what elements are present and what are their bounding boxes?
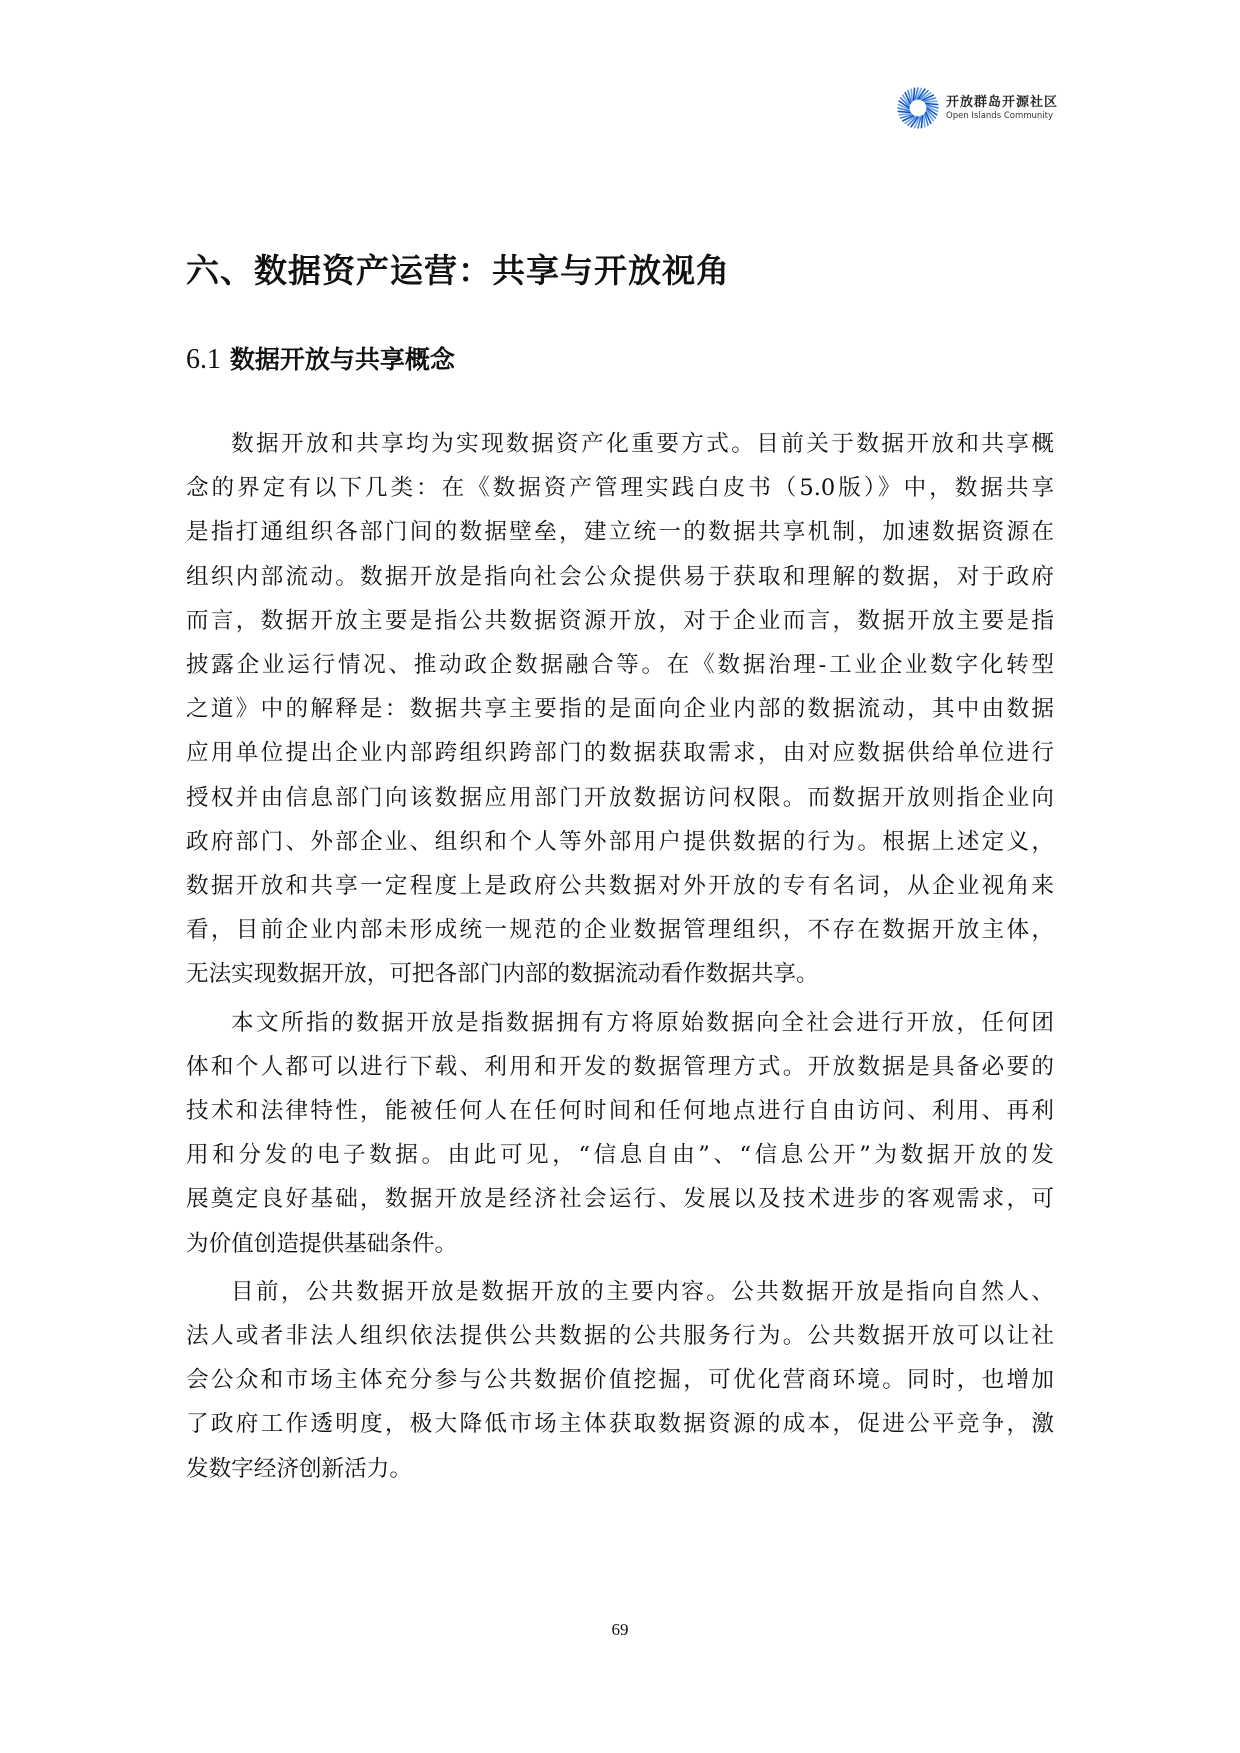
text-line: 发数字经济创新活力。 [186, 1447, 1054, 1491]
text-line: 披露企业运行情况、推动政企数据融合等。在《数据治理-工业企业数字化转型 [186, 643, 1054, 687]
text-line: 目前，公共数据开放是数据开放的主要内容。公共数据开放是指向自然人、 [186, 1270, 1054, 1314]
chapter-title: 六、数据资产运营：共享与开放视角 [186, 245, 730, 292]
section-heading-text: 数据开放与共享概念 [230, 345, 455, 374]
text-line: 念的界定有以下几类：在《数据资产管理实践白皮书（5.0版）》中，数据共享 [186, 466, 1054, 510]
text-line: 政府部门、外部企业、组织和个人等外部用户提供数据的行为。根据上述定义， [186, 820, 1054, 864]
text-line: 授权并由信息部门向该数据应用部门开放数据访问权限。而数据开放则指企业向 [186, 776, 1054, 820]
text-line: 是指打通组织各部门间的数据壁垒，建立统一的数据共享机制，加速数据资源在 [186, 510, 1054, 554]
text-line: 数据开放和共享均为实现数据资产化重要方式。目前关于数据开放和共享概 [186, 422, 1054, 466]
header-logo: 开放群岛开源社区 Open Islands Community [896, 86, 1058, 130]
text-line: 而言，数据开放主要是指公共数据资源开放，对于企业而言，数据开放主要是指 [186, 599, 1054, 643]
text-line: 会公众和市场主体充分参与公共数据价值挖掘，可优化营商环境。同时，也增加 [186, 1358, 1054, 1402]
paragraph-3: 目前，公共数据开放是数据开放的主要内容。公共数据开放是指向自然人、法人或者非法人… [186, 1270, 1054, 1491]
text-line: 看，目前企业内部未形成统一规范的企业数据管理组织，不存在数据开放主体， [186, 908, 1054, 952]
text-line: 展奠定良好基础，数据开放是经济社会运行、发展以及技术进步的客观需求，可 [186, 1177, 1054, 1221]
text-line: 之道》中的解释是：数据共享主要指的是面向企业内部的数据流动，其中由数据 [186, 687, 1054, 731]
paragraph-2: 本文所指的数据开放是指数据拥有方将原始数据向全社会进行开放，任何团体和个人都可以… [186, 1001, 1054, 1266]
sunburst-logo-icon [896, 86, 940, 130]
text-line: 用和分发的电子数据。由此可见，“信息自由”、“信息公开”为数据开放的发 [186, 1133, 1054, 1177]
logo-text: 开放群岛开源社区 Open Islands Community [946, 95, 1058, 122]
text-line: 技术和法律特性，能被任何人在任何时间和任何地点进行自由访问、利用、再利 [186, 1089, 1054, 1133]
text-line: 无法实现数据开放，可把各部门内部的数据流动看作数据共享。 [186, 952, 1054, 996]
body-text: 数据开放和共享均为实现数据资产化重要方式。目前关于数据开放和共享概念的界定有以下… [186, 422, 1054, 1491]
logo-chinese-name: 开放群岛开源社区 [946, 95, 1058, 111]
text-line: 本文所指的数据开放是指数据拥有方将原始数据向全社会进行开放，任何团 [186, 1001, 1054, 1045]
document-page: 开放群岛开源社区 Open Islands Community 六、数据资产运营… [0, 0, 1240, 1753]
text-line: 组织内部流动。数据开放是指向社会公众提供易于获取和理解的数据，对于政府 [186, 555, 1054, 599]
text-line: 数据开放和共享一定程度上是政府公共数据对外开放的专有名词，从企业视角来 [186, 864, 1054, 908]
section-number: 6.1 [186, 344, 221, 375]
text-line: 了政府工作透明度，极大降低市场主体获取数据资源的成本，促进公平竞争，激 [186, 1402, 1054, 1446]
text-line: 为价值创造提供基础条件。 [186, 1222, 1054, 1266]
page-number: 69 [0, 1620, 1240, 1640]
logo-english-name: Open Islands Community [946, 111, 1058, 122]
paragraph-1: 数据开放和共享均为实现数据资产化重要方式。目前关于数据开放和共享概念的界定有以下… [186, 422, 1054, 997]
text-line: 应用单位提出企业内部跨组织跨部门的数据获取需求，由对应数据供给单位进行 [186, 731, 1054, 775]
text-line: 体和个人都可以进行下载、利用和开发的数据管理方式。开放数据是具备必要的 [186, 1045, 1054, 1089]
text-line: 法人或者非法人组织依法提供公共数据的公共服务行为。公共数据开放可以让社 [186, 1314, 1054, 1358]
section-title: 6.1 数据开放与共享概念 [186, 340, 455, 376]
